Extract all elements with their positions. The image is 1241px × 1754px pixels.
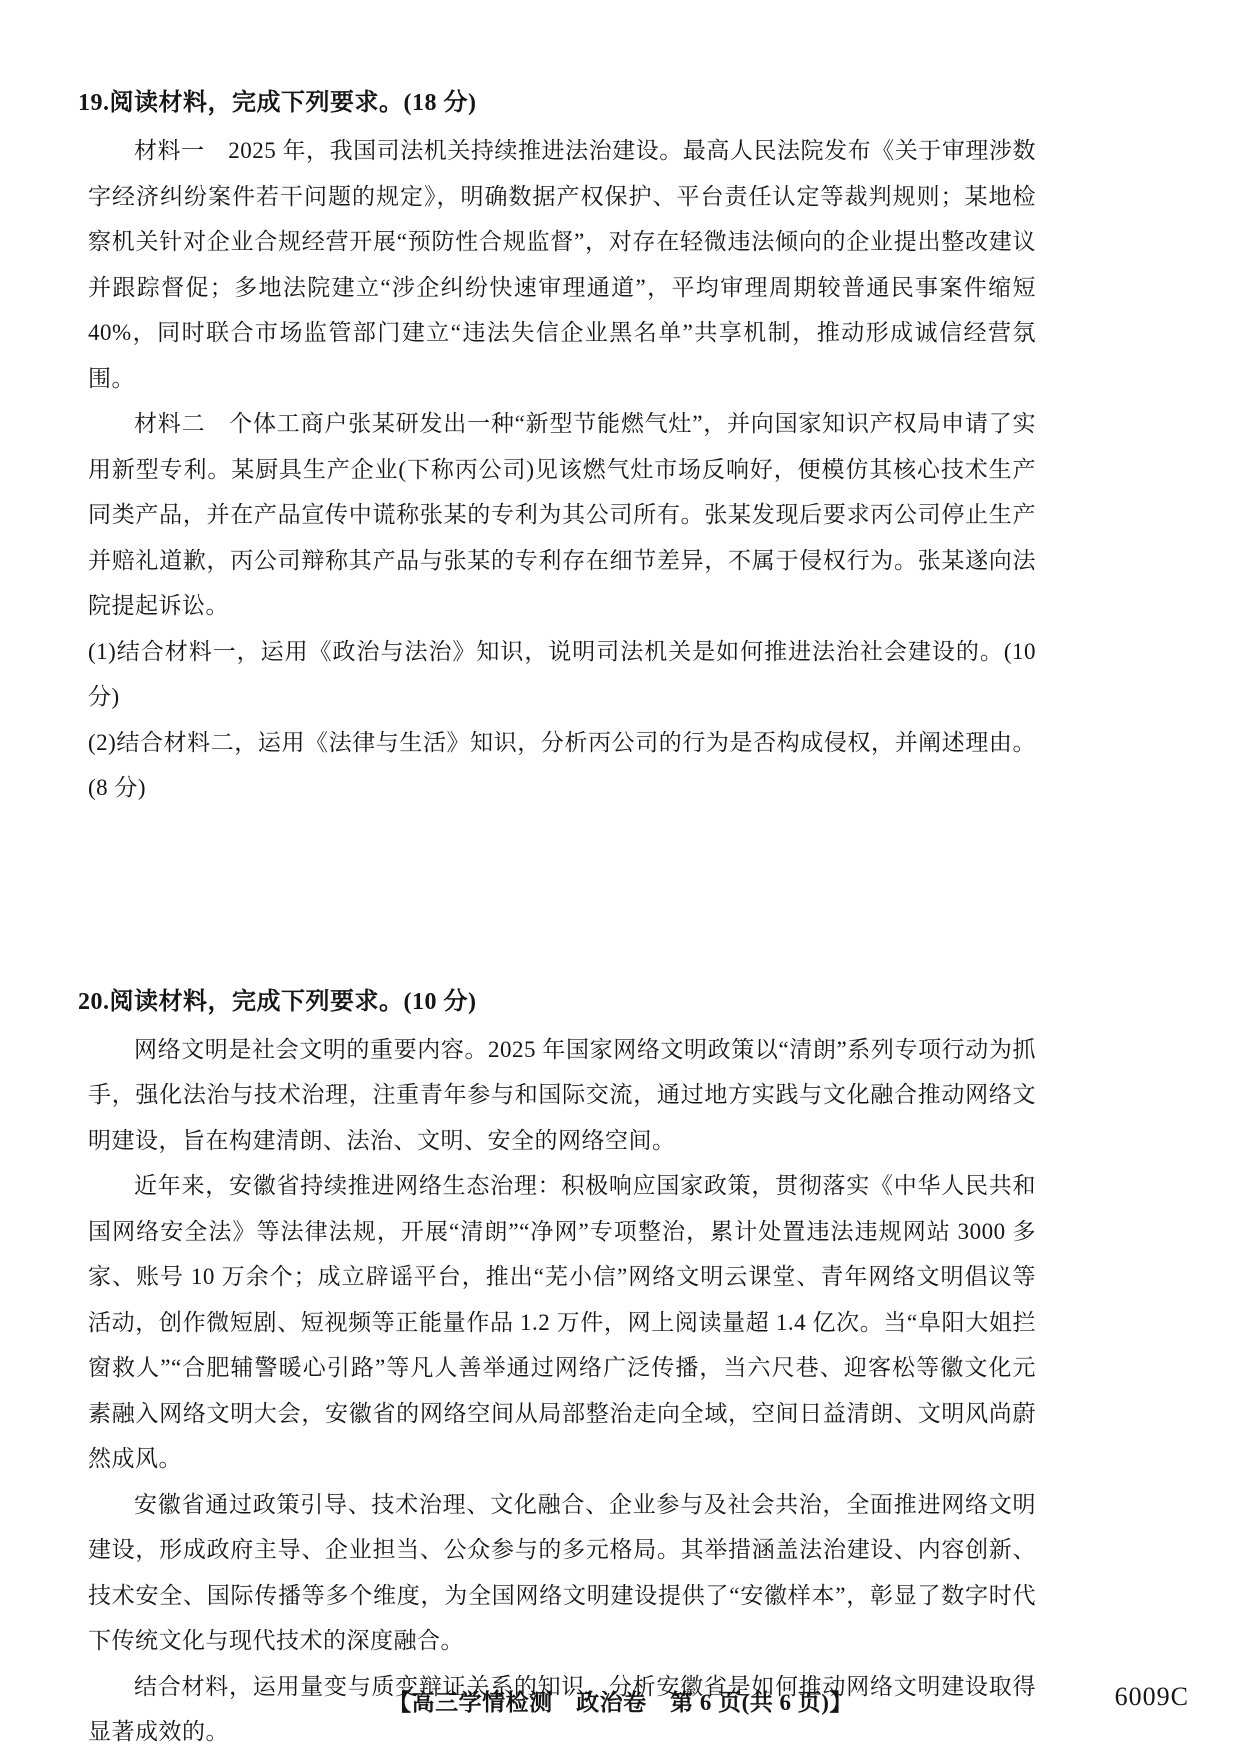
question-19: 19.阅读材料，完成下列要求。(18 分) 材料一 2025 年，我国司法机关持…: [88, 80, 1036, 811]
question-19-subquestion-1: (1)结合材料一，运用《政治与法治》知识，说明司法机关是如何推进法治社会建设的。…: [88, 629, 1036, 720]
question-20-paragraph-2: 近年来，安徽省持续推进网络生态治理：积极响应国家政策，贯彻落实《中华人民共和国网…: [88, 1163, 1036, 1482]
question-20: 20.阅读材料，完成下列要求。(10 分) 网络文明是社会文明的重要内容。202…: [88, 979, 1036, 1754]
question-19-material-2: 材料二 个体工商户张某研发出一种“新型节能燃气灶”，并向国家知识产权局申请了实用…: [88, 401, 1036, 629]
question-20-paragraph-1: 网络文明是社会文明的重要内容。2025 年国家网络文明政策以“清朗”系列专项行动…: [88, 1027, 1036, 1164]
footer-paper-code: 6009C: [1115, 1682, 1189, 1712]
question-20-paragraph-3: 安徽省通过政策引导、技术治理、文化融合、企业参与及社会共治，全面推进网络文明建设…: [88, 1482, 1036, 1664]
page-footer: 【高三学情检测 政治卷 第 6 页(共 6 页)】 6009C: [0, 1684, 1241, 1716]
exam-page: 19.阅读材料，完成下列要求。(18 分) 材料一 2025 年，我国司法机关持…: [0, 0, 1241, 1754]
question-19-subquestion-2: (2)结合材料二，运用《法律与生活》知识，分析丙公司的行为是否构成侵权，并阐述理…: [88, 720, 1036, 811]
question-20-header: 20.阅读材料，完成下列要求。(10 分): [78, 979, 1036, 1025]
question-19-header: 19.阅读材料，完成下列要求。(18 分): [78, 80, 1036, 126]
footer-exam-title: 【高三学情检测 政治卷 第 6 页(共 6 页)】: [0, 1684, 1241, 1717]
question-19-material-1: 材料一 2025 年，我国司法机关持续推进法治建设。最高人民法院发布《关于审理涉…: [88, 128, 1036, 401]
